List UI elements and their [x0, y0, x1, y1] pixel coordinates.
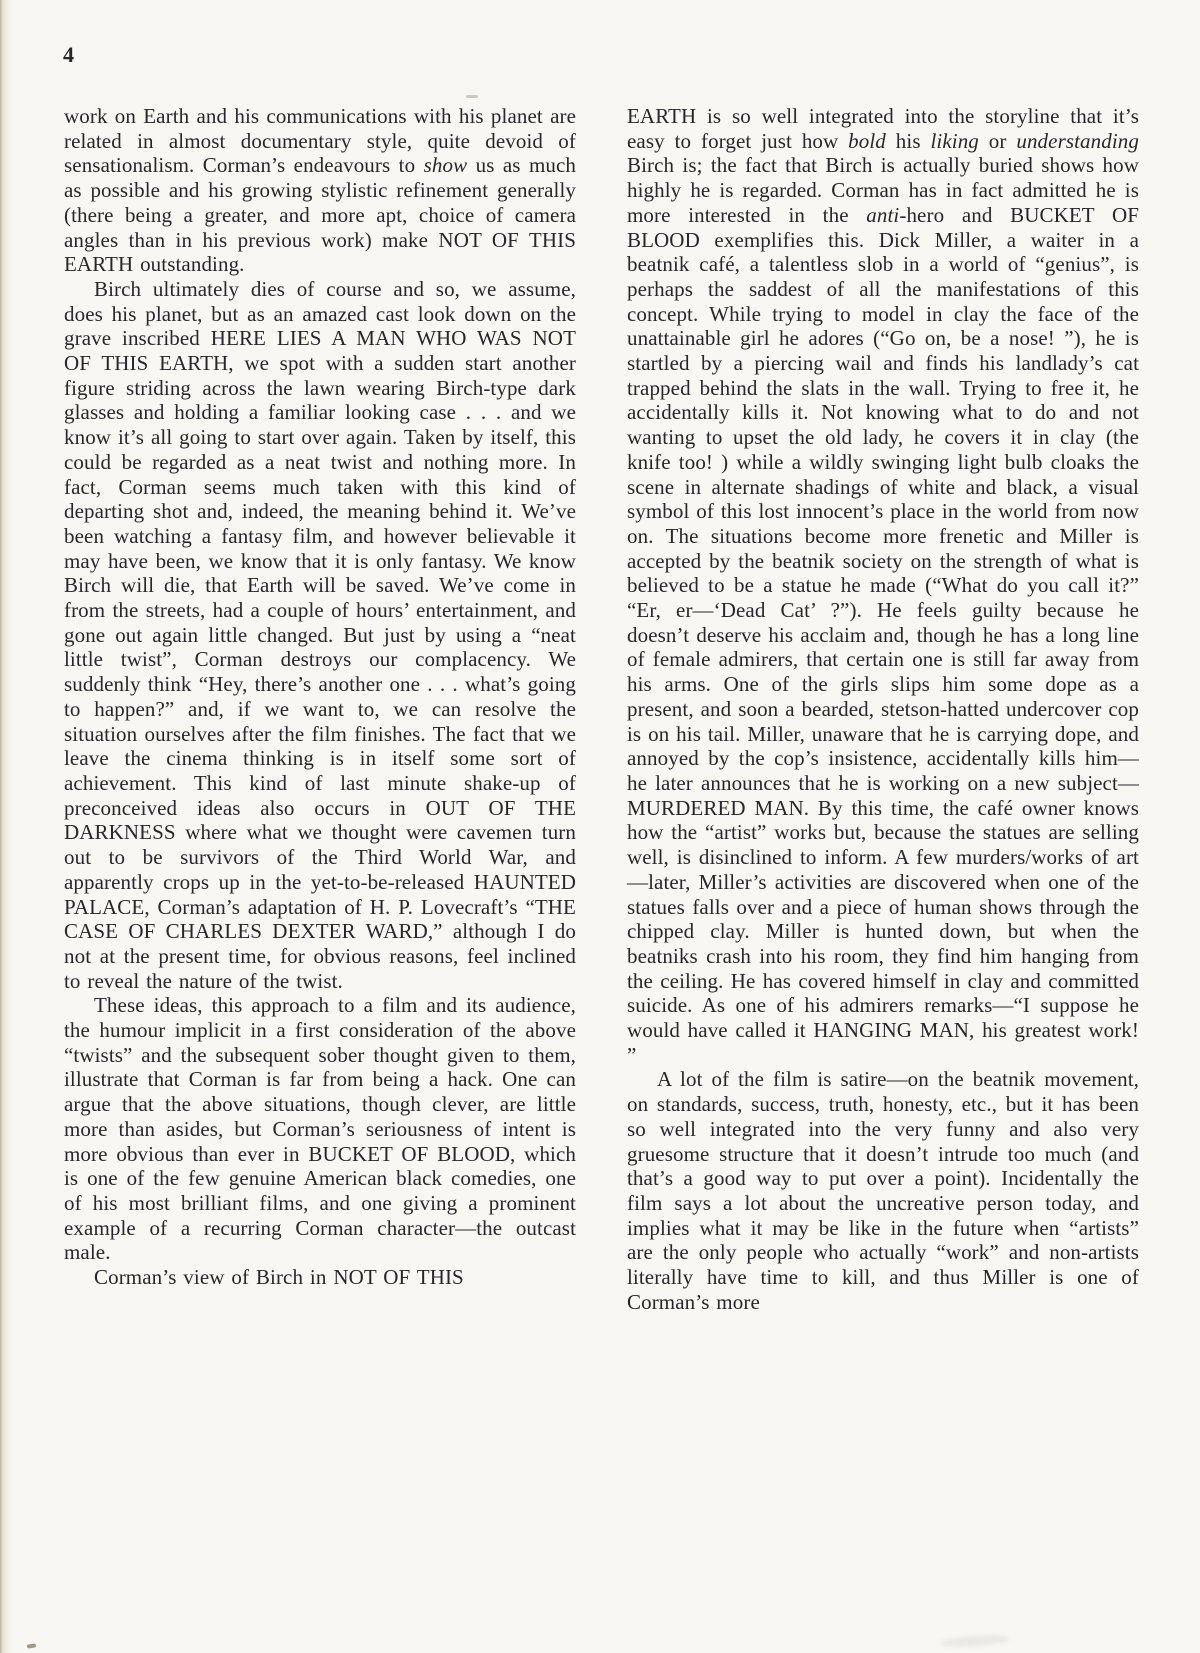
paragraph: These ideas, this approach to a film and… — [64, 993, 576, 1265]
right-text-column: EARTH is so well integrated into the sto… — [627, 104, 1139, 1314]
paragraph: Corman’s view of Birch in NOT OF THIS — [64, 1265, 576, 1290]
scanned-magazine-page: 4 work on Earth and his communications w… — [0, 0, 1200, 1653]
scan-smudge — [940, 1634, 1011, 1649]
scan-speck — [27, 1643, 36, 1648]
paragraph: A lot of the film is satire—on the beatn… — [627, 1067, 1139, 1314]
paragraph: Birch ultimately dies of course and so, … — [64, 277, 576, 993]
paragraph: work on Earth and his communications wit… — [64, 104, 576, 277]
page-number: 4 — [63, 42, 75, 68]
left-text-column: work on Earth and his communications wit… — [64, 104, 576, 1290]
paragraph: EARTH is so well integrated into the sto… — [627, 104, 1139, 1067]
scan-speck — [466, 95, 478, 98]
scan-left-edge-shadow — [0, 0, 14, 1653]
